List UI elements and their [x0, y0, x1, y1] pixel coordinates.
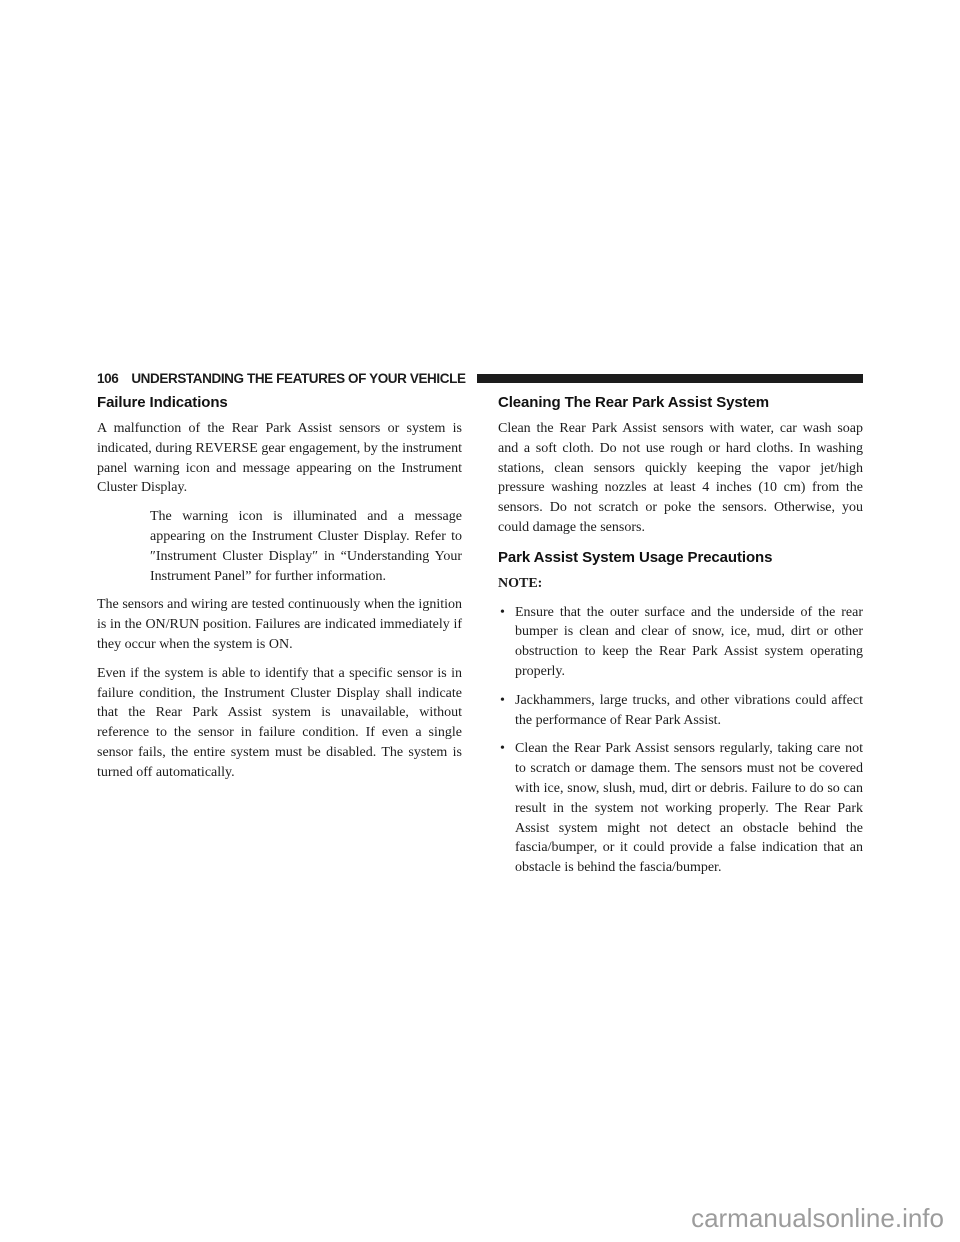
- heading-cleaning-system: Cleaning The Rear Park Assist System: [498, 394, 863, 411]
- list-item-text: Clean the Rear Park Assist sensors regul…: [515, 741, 863, 875]
- heading-failure-indications: Failure Indications: [97, 394, 462, 411]
- list-item-text: Jackhammers, large trucks, and other vib…: [515, 693, 863, 728]
- paragraph-malfunction: A malfunction of the Rear Park Assist se…: [97, 419, 462, 498]
- bullet-icon: •: [500, 691, 505, 711]
- list-item: • Ensure that the outer surface and the …: [498, 603, 863, 682]
- running-header: 106 UNDERSTANDING THE FEATURES OF YOUR V…: [97, 371, 863, 386]
- bullet-icon: •: [500, 739, 505, 759]
- paragraph-failure-condition: Even if the system is able to identify t…: [97, 664, 462, 783]
- page-number: 106: [97, 371, 118, 386]
- chapter-title: UNDERSTANDING THE FEATURES OF YOUR VEHIC…: [131, 371, 465, 386]
- watermark-text: carmanualsonline.info: [691, 1202, 944, 1234]
- paragraph-cleaning: Clean the Rear Park Assist sensors with …: [498, 419, 863, 538]
- warning-lamp-icon-placeholder: [97, 507, 150, 586]
- left-column: Failure Indications A malfunction of the…: [97, 394, 462, 887]
- bullet-icon: •: [500, 603, 505, 623]
- paragraph-warning-icon-text: The warning icon is illuminated and a me…: [150, 509, 462, 583]
- two-column-content: Failure Indications A malfunction of the…: [97, 394, 863, 887]
- note-label: NOTE:: [498, 574, 863, 594]
- list-item-text: Ensure that the outer surface and the un…: [515, 605, 863, 679]
- heading-usage-precautions: Park Assist System Usage Precautions: [498, 549, 863, 566]
- list-item: • Jackhammers, large trucks, and other v…: [498, 691, 863, 731]
- paragraph-sensors-tested: The sensors and wiring are tested contin…: [97, 595, 462, 654]
- right-column: Cleaning The Rear Park Assist System Cle…: [498, 394, 863, 887]
- precautions-list: • Ensure that the outer surface and the …: [498, 603, 863, 878]
- paragraph-warning-icon: The warning icon is illuminated and a me…: [97, 507, 462, 586]
- manual-page: 106 UNDERSTANDING THE FEATURES OF YOUR V…: [0, 0, 960, 1242]
- header-rule-bar: [477, 374, 863, 383]
- list-item: • Clean the Rear Park Assist sensors reg…: [498, 739, 863, 878]
